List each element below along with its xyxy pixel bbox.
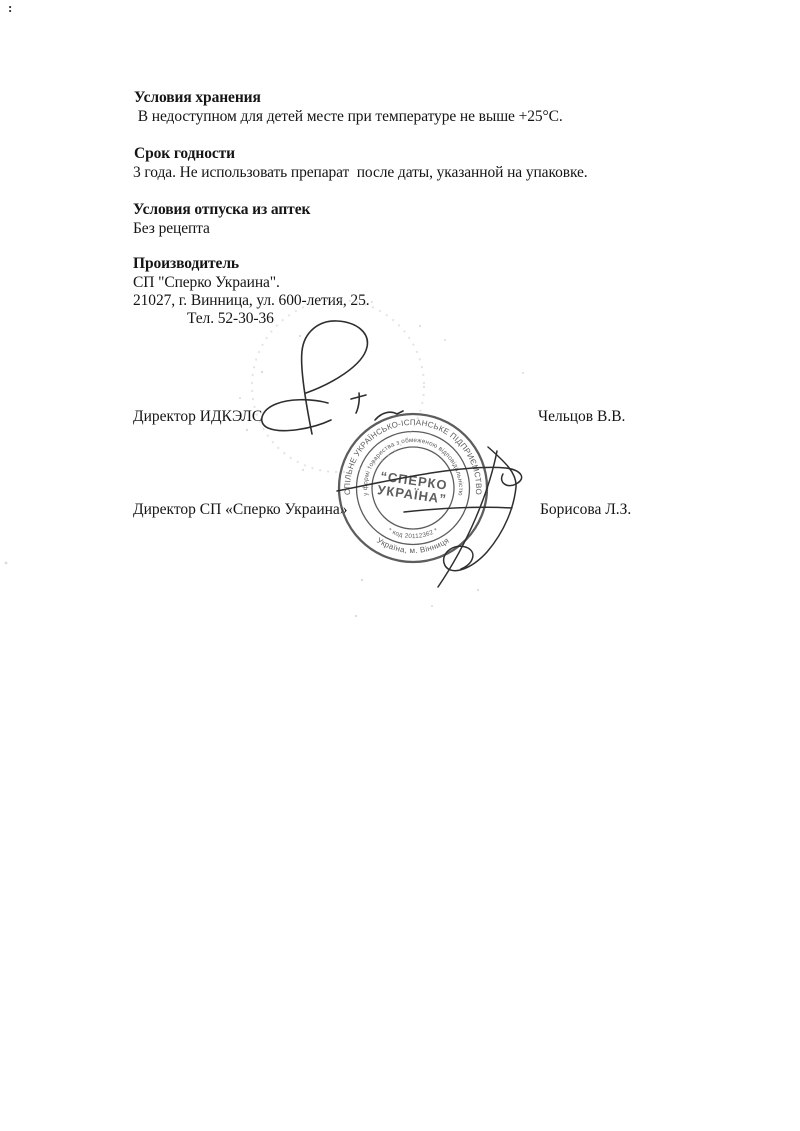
- manufacturer-name: СП "Сперко Украина".: [133, 274, 280, 292]
- company-round-stamp: СПІЛЬНЕ УКРАЇНСЬКО-ІСПАНСЬКЕ ПІДПРИЄМСТВ…: [328, 403, 498, 573]
- scanned-document-page: { "document": { "margin_mark": ":", "sec…: [0, 0, 800, 1131]
- shelf-life-text: 3 года. Не использовать препарат после д…: [133, 164, 588, 182]
- manufacturer-phone: Тел. 52-30-36: [187, 310, 274, 328]
- section-heading-storage-conditions: Условия хранения: [134, 89, 261, 107]
- signatory-name-borisova: Борисова Л.З.: [540, 501, 631, 519]
- stamp-center-text: “СПЕРКО УКРАЇНА”: [376, 468, 449, 506]
- section-heading-dispensing: Условия отпуска из аптек: [133, 201, 310, 219]
- stamp-ink-group: СПІЛЬНЕ УКРАЇНСЬКО-ІСПАНСЬКЕ ПІДПРИЄМСТВ…: [339, 414, 487, 562]
- section-heading-shelf-life: Срок годности: [134, 145, 235, 163]
- storage-conditions-text: В недоступном для детей месте при темпер…: [134, 108, 563, 126]
- margin-scan-mark: :: [8, 0, 12, 16]
- dispensing-text: Без рецепта: [133, 220, 210, 238]
- signatory-title-director-sperko: Директор СП «Сперко Украина»: [133, 501, 348, 519]
- signatory-title-director-idkels: Директор ИДКЭЛС: [133, 408, 262, 426]
- section-heading-manufacturer: Производитель: [133, 255, 239, 273]
- signatory-name-cheltsov: Чельцов В.В.: [538, 408, 625, 426]
- manufacturer-address: 21027, г. Винница, ул. 600-летия, 25.: [133, 292, 370, 310]
